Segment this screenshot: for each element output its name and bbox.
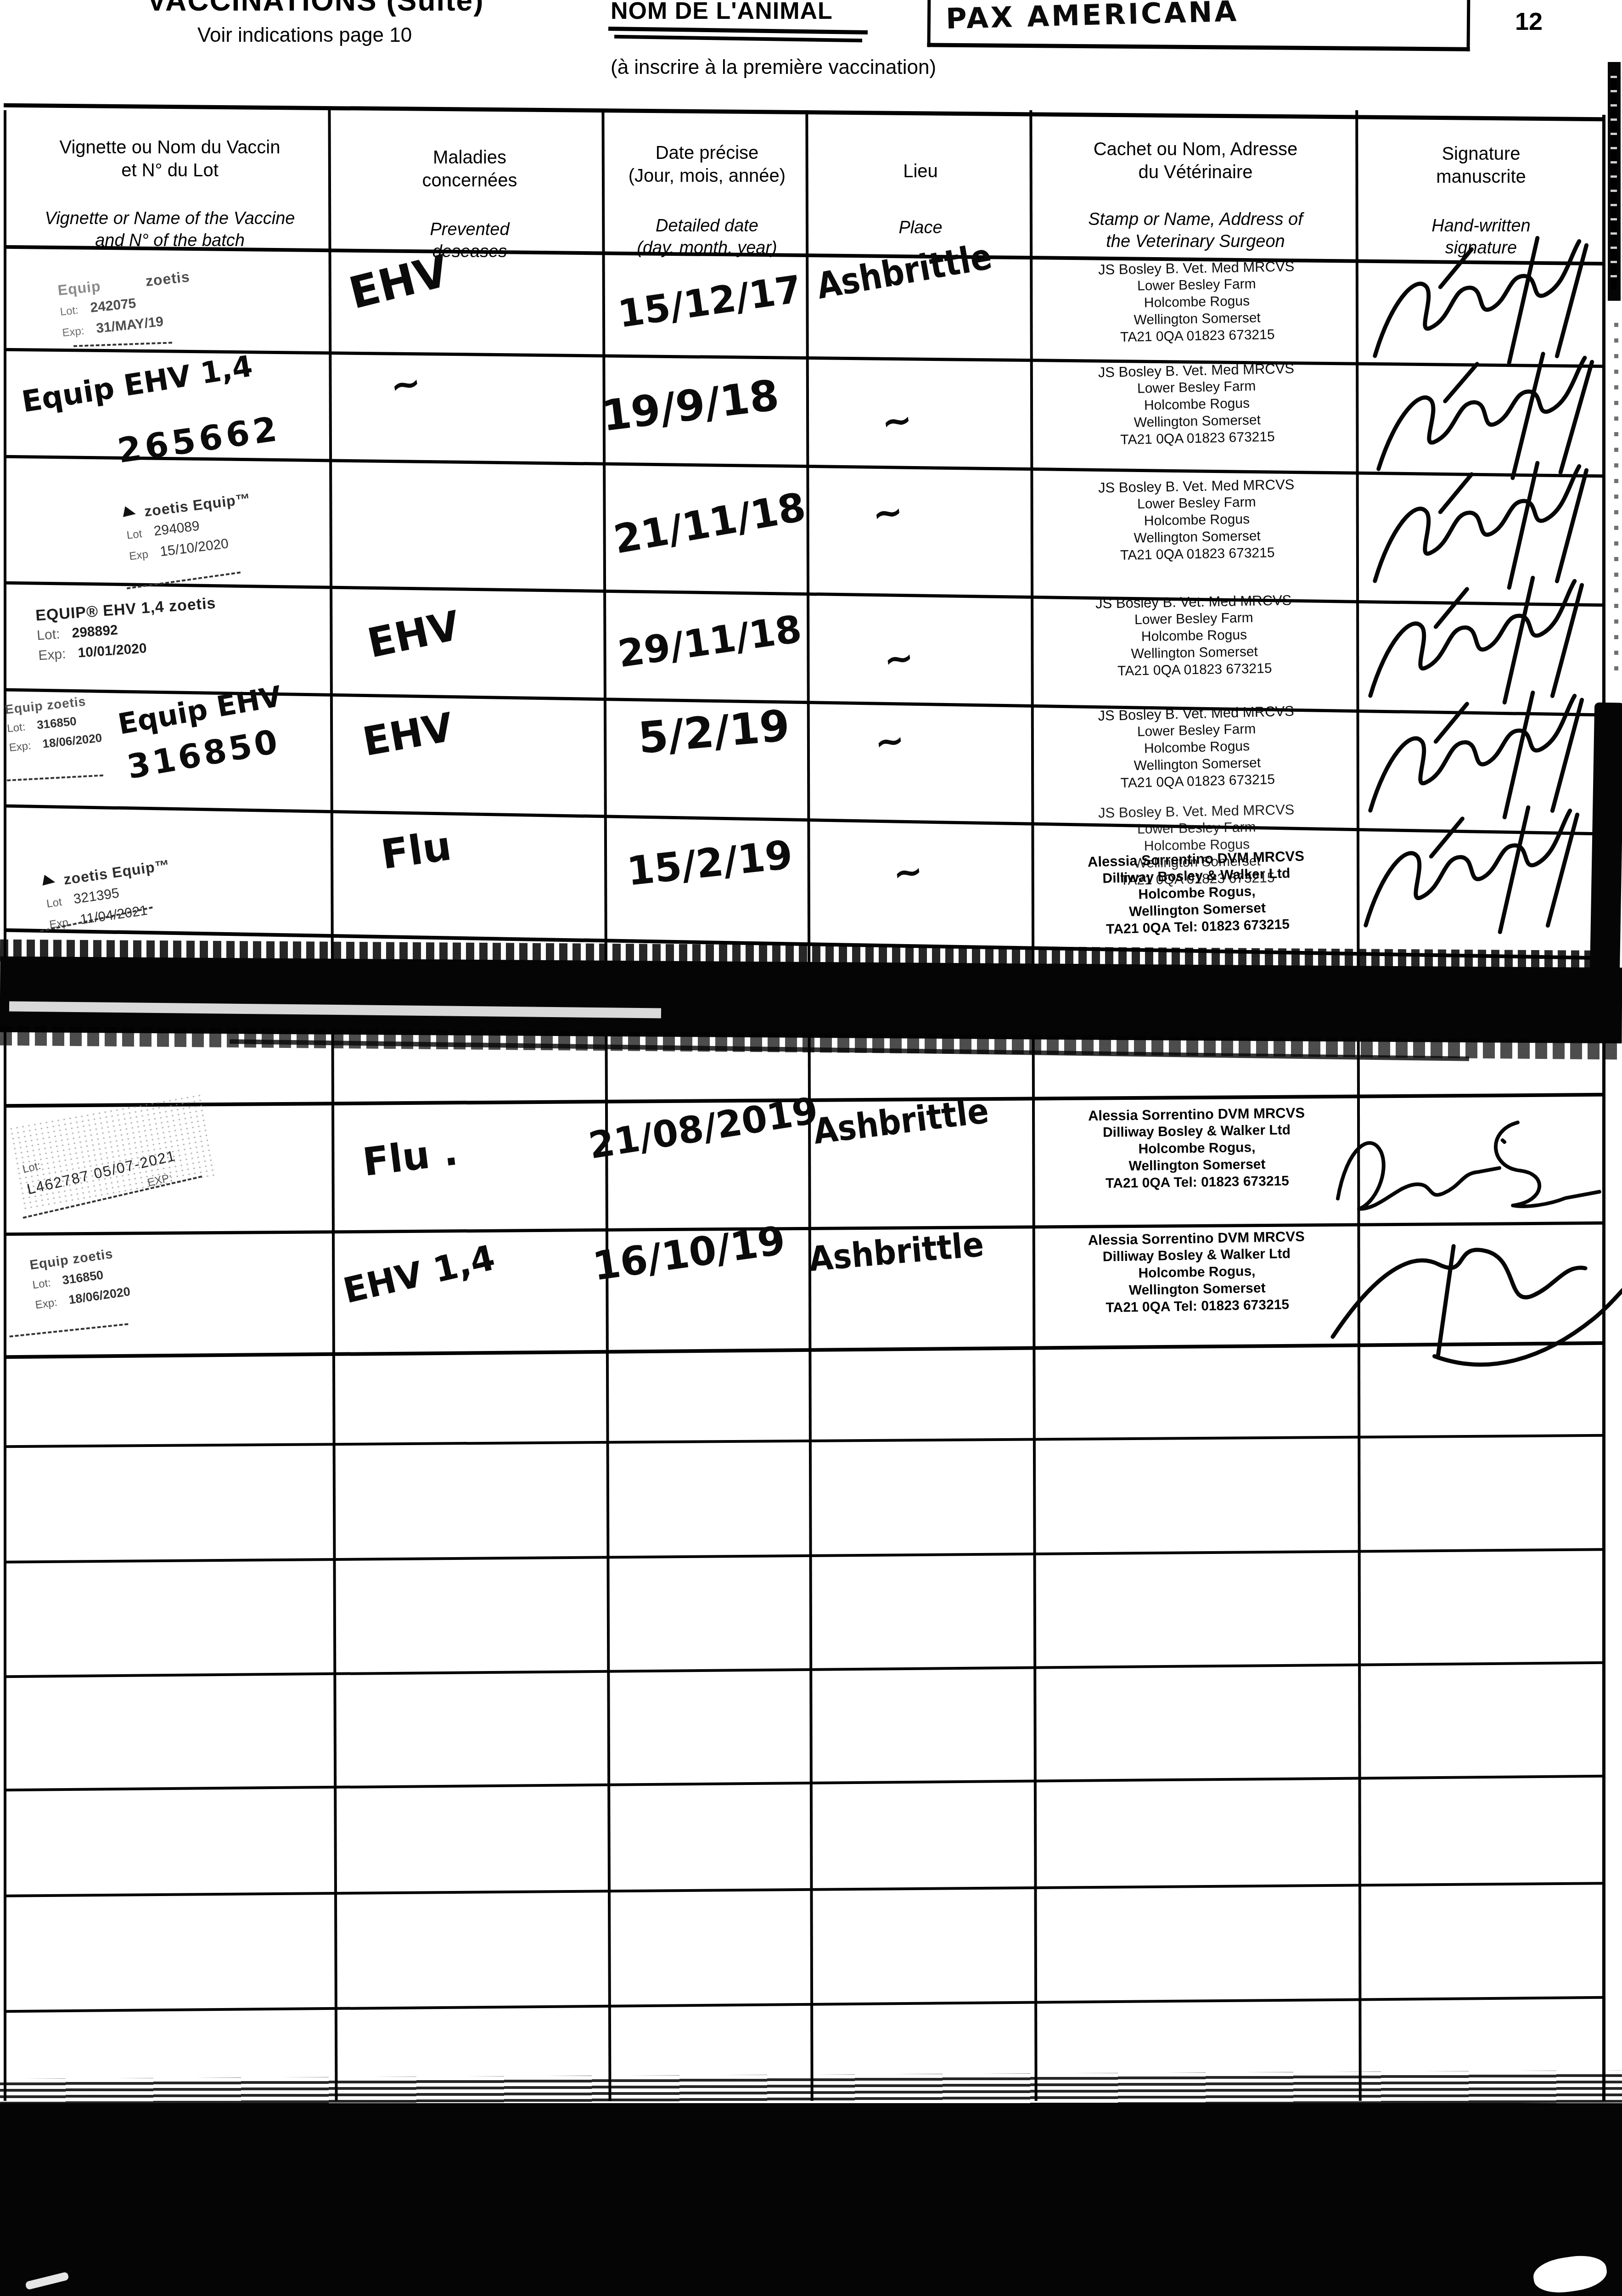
vaccine-sticker: Equip zoetis Lot: 242075 Exp: 31/MAY/19 [57,266,196,343]
vet-stamp: JS Bosley B. Vet. Med MRCVSLower Besley … [1038,475,1356,565]
disease-entry: Flu . [360,1129,460,1185]
signature-scrawl [1315,1211,1622,1381]
col-header-vaccine: Vignette ou Nom du Vaccin et N° du Lot V… [14,128,326,260]
page-title: VACCINATIONS (Suite) [147,0,484,17]
place-ditto: ~ [890,850,926,895]
date-entry: 21/11/18 [611,484,809,563]
disease-entry: EHV [359,704,457,765]
signature-scrawl [1319,1092,1619,1229]
vet-stamp-overprint: Alessia Sorrentino DVM MRCVSDilliway Bos… [1038,846,1357,940]
disease-entry: EHV [363,602,464,667]
scan-edge-speckles [1614,321,1618,670]
disease-entry: Flu [378,822,455,878]
vet-stamp: JS Bosley B. Vet. Med MRCVSLower Besley … [1035,591,1353,681]
date-entry: 15/2/19 [625,832,795,895]
sticker-dashed-edge [73,342,172,347]
date-entry: 15/12/17 [615,267,804,336]
date-entry: 19/9/18 [599,371,781,441]
vet-stamp: JS Bosley B. Vet. Med MRCVSLower Besley … [1038,257,1356,347]
date-entry: 29/11/18 [615,607,804,676]
place-entry: Ashbrittle [807,1225,985,1279]
col-header-diseases: Maladies concernées Prevented deseases [340,138,600,271]
animal-name-label: NOM DE L'ANIMAL [611,0,833,25]
page-number: 12 [1515,7,1543,36]
animal-label-underline [608,27,868,34]
sticker-dashed-edge [7,775,103,782]
place-ditto: ~ [881,636,916,681]
animal-label-underline-2 [614,35,862,42]
vaccine-sticker: EQUIP® EHV 1,4 zoetis Lot: 298892 Exp: 1… [35,593,219,666]
vet-stamp: JS Bosley B. Vet. Med MRCVSLower Besley … [1038,359,1356,450]
vet-stamp: Alessia Sorrentino DVM MRCVSDilliway Bos… [1038,1227,1356,1317]
place-ditto: ~ [870,490,906,536]
vaccine-sticker: Equip zoetis Lot: 316850 Exp: 18/06/2020 [4,691,103,758]
col-header-stamp: Cachet ou Nom, Adresse du Vétérinaire St… [1038,129,1353,261]
vaccine-handwritten: Equip EHV 1,4 [19,349,255,419]
scan-edge-text-fragments [1611,73,1617,289]
col-header-place: Lieu Place [814,152,1027,247]
col-header-date: Date précise (Jour, mois, année) Detaile… [611,133,803,267]
vaccine-sticker: zoetis Equip™ Lot 321395 Exp 11/04/2021 [42,855,177,935]
disease-entry: EHV 1,4 [339,1237,499,1311]
place-ditto: ~ [872,719,907,764]
vaccine-sticker: Equip zoetis Lot: 316850 Exp: 18/06/2020 [28,1243,132,1315]
place-ditto: ~ [879,398,915,444]
zoetis-logo-arrow [123,506,137,519]
signature-scrawl [1344,789,1594,949]
vaccine-sticker: zoetis Equip™ Lot 294089 Exp 15/10/2020 [123,489,258,567]
zoetis-logo-arrow [43,875,56,888]
scanned-vaccination-page: VACCINATIONS (Suite) Voir indications pa… [0,0,1622,2296]
first-vaccination-note: (à inscrire à la première vaccination) [611,56,936,79]
scan-edge-blotch [1590,702,1622,978]
sticker-dashed-edge [10,1323,129,1337]
vet-stamp: JS Bosley B. Vet. Med MRCVSLower Besley … [1038,701,1356,794]
date-entry: 5/2/19 [636,701,792,764]
disease-ditto: ~ [387,360,424,408]
page-subtitle: Voir indications page 10 [197,24,412,47]
vaccine-lot-handwritten: 265662 [115,409,283,471]
vet-stamp: Alessia Sorrentino DVM MRCVSDilliway Bos… [1038,1103,1356,1193]
